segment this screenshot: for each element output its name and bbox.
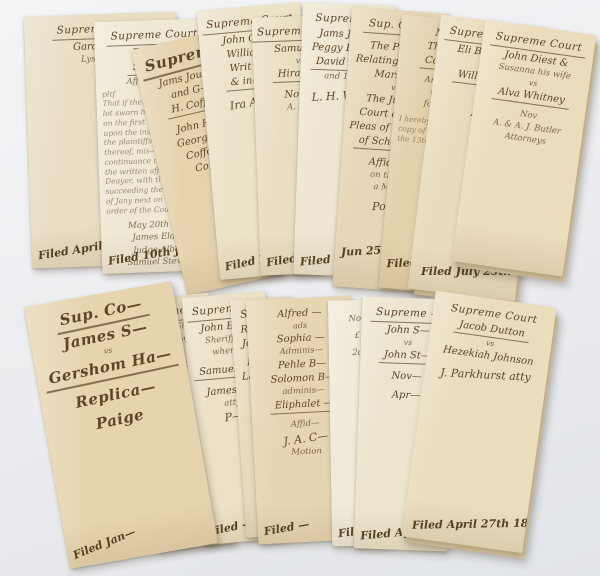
filed-annotation: Filed Jan—	[71, 525, 137, 562]
filed-annotation: Filed —	[263, 518, 310, 539]
document-line: J. Parkhurst atty	[427, 365, 544, 385]
document-line: Eliphalet —	[269, 397, 339, 416]
filed-annotation: Filed April	[37, 239, 103, 262]
filed-annotation: Filed April 27th 1831	[412, 516, 544, 531]
photo-stage: Supreme CourtGardner —Lyse St—Filed Apri…	[0, 0, 600, 576]
